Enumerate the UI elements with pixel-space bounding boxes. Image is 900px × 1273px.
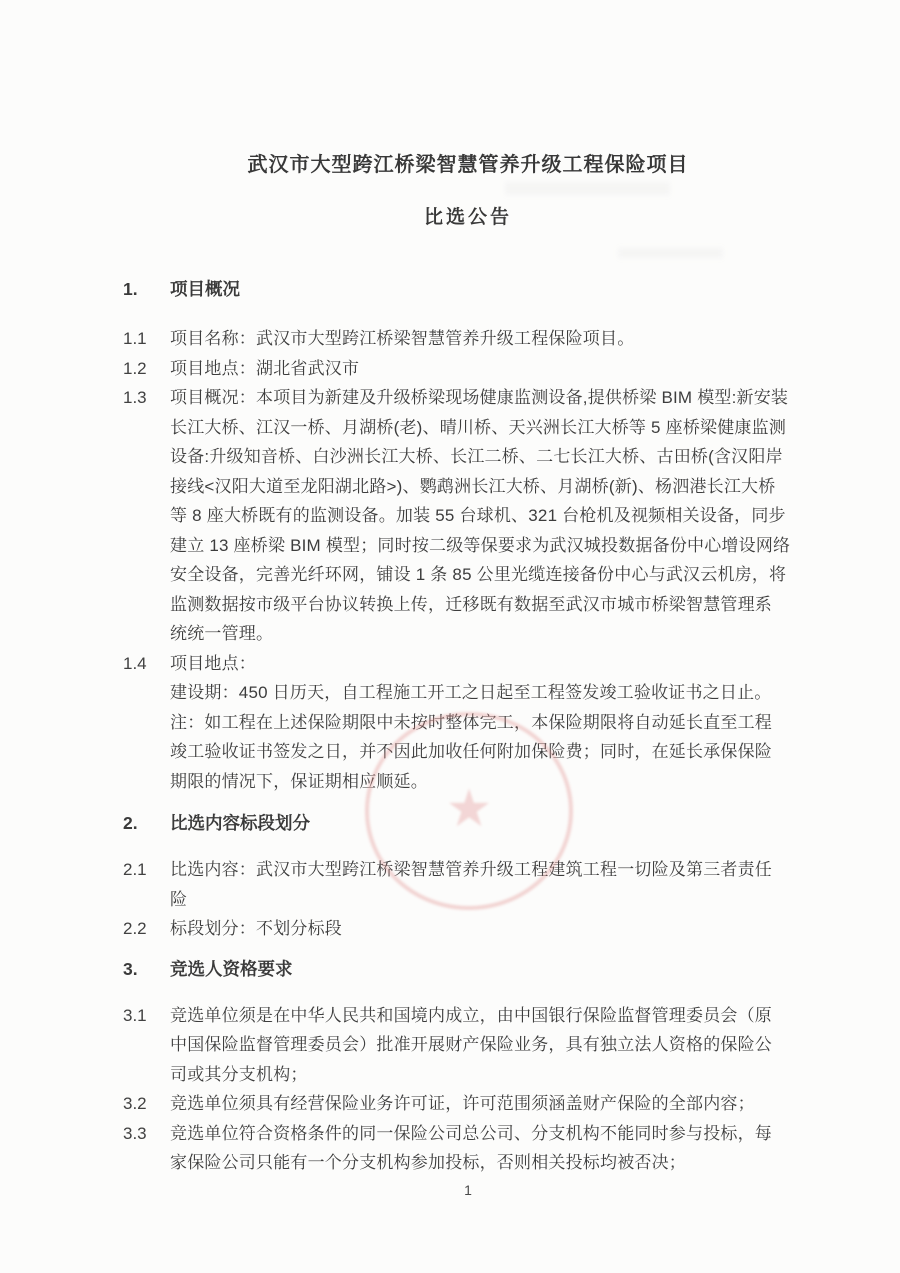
- clause-1-1: 1.1 项目名称：武汉市大型跨江桥梁智慧管养升级工程保险项目。: [123, 324, 813, 354]
- text-line: 项目地点：湖北省武汉市: [170, 354, 813, 384]
- section-number: 3.: [123, 954, 170, 984]
- clause-text: 项目名称：武汉市大型跨江桥梁智慧管养升级工程保险项目。: [170, 324, 813, 354]
- section-items: 2.1 比选内容：武汉市大型跨江桥梁智慧管养升级工程建筑工程一切险及第三者责任 …: [123, 855, 813, 944]
- clause-2-1: 2.1 比选内容：武汉市大型跨江桥梁智慧管养升级工程建筑工程一切险及第三者责任 …: [123, 855, 813, 914]
- text-line: 注：如工程在上述保险期限中未按时整体完工，本保险期限将自动延长直至工程: [170, 708, 813, 738]
- text-line: 期限的情况下，保证期相应顺延。: [170, 767, 813, 797]
- text-line: 险: [170, 885, 813, 915]
- text-line: 竞选单位须具有经营保险业务许可证，许可范围须涵盖财产保险的全部内容；: [170, 1089, 813, 1119]
- text-line: 统统一管理。: [170, 619, 813, 649]
- text-line: 竞选单位符合资格条件的同一保险公司总公司、分支机构不能同时参与投标，每: [170, 1119, 813, 1149]
- clause-number: 1.4: [123, 649, 170, 797]
- section-qualification: 3. 竞选人资格要求 3.1 竞选单位须是在中华人民共和国境内成立，由中国银行保…: [123, 954, 813, 1178]
- text-line: 比选内容：武汉市大型跨江桥梁智慧管养升级工程建筑工程一切险及第三者责任: [170, 855, 813, 885]
- clause-text: 竞选单位须具有经营保险业务许可证，许可范围须涵盖财产保险的全部内容；: [170, 1089, 813, 1119]
- clause-text: 竞选单位符合资格条件的同一保险公司总公司、分支机构不能同时参与投标，每 家保险公…: [170, 1119, 813, 1178]
- section-project-overview: 1. 项目概况 1.1 项目名称：武汉市大型跨江桥梁智慧管养升级工程保险项目。 …: [123, 274, 813, 796]
- document-subtitle: 比选公告: [123, 203, 813, 233]
- section-bid-content: 2. 比选内容标段划分 2.1 比选内容：武汉市大型跨江桥梁智慧管养升级工程建筑…: [123, 808, 813, 944]
- text-line: 司或其分支机构；: [170, 1060, 813, 1090]
- section-heading: 2. 比选内容标段划分: [123, 808, 813, 838]
- section-heading: 3. 竞选人资格要求: [123, 954, 813, 984]
- clause-number: 1.3: [123, 383, 170, 649]
- scanned-document-page: ★ 武汉市大型跨江桥梁智慧管养升级工程保险项目 比选公告 1. 项目概况 1.1…: [0, 0, 900, 1273]
- text-line: 项目概况：本项目为新建及升级桥梁现场健康监测设备,提供桥梁 BIM 模型:新安装: [170, 383, 813, 413]
- section-title: 比选内容标段划分: [170, 808, 310, 838]
- section-number: 1.: [123, 274, 170, 304]
- clause-number: 3.1: [123, 1001, 170, 1090]
- clause-number: 2.2: [123, 914, 170, 944]
- text-line: 等 8 座大桥既有的监测设备。加装 55 台球机、321 台枪机及视频相关设备，…: [170, 501, 813, 531]
- clause-number: 3.3: [123, 1119, 170, 1178]
- clause-number: 1.2: [123, 354, 170, 384]
- clause-text: 标段划分：不划分标段: [170, 914, 813, 944]
- scan-artifact: [618, 248, 723, 258]
- text-line: 标段划分：不划分标段: [170, 914, 813, 944]
- text-line: 监测数据按市级平台协议转换上传，迁移既有数据至武汉市城市桥梁智慧管理系: [170, 590, 813, 620]
- clause-text: 项目地点：湖北省武汉市: [170, 354, 813, 384]
- text-line: 长江大桥、江汉一桥、月湖桥(老)、晴川桥、天兴洲长江大桥等 5 座桥梁健康监测: [170, 413, 813, 443]
- section-title: 项目概况: [170, 274, 240, 304]
- clause-1-2: 1.2 项目地点：湖北省武汉市: [123, 354, 813, 384]
- text-line: 项目地点：: [170, 649, 813, 679]
- text-line: 安全设备，完善光纤环网，铺设 1 条 85 公里光缆连接备份中心与武汉云机房，将: [170, 560, 813, 590]
- text-line: 中国保险监督管理委员会）批准开展财产保险业务，具有独立法人资格的保险公: [170, 1030, 813, 1060]
- document-title: 武汉市大型跨江桥梁智慧管养升级工程保险项目: [123, 150, 813, 180]
- section-title: 竞选人资格要求: [170, 954, 293, 984]
- clause-text: 比选内容：武汉市大型跨江桥梁智慧管养升级工程建筑工程一切险及第三者责任 险: [170, 855, 813, 914]
- section-heading: 1. 项目概况: [123, 274, 813, 304]
- clause-3-1: 3.1 竞选单位须是在中华人民共和国境内成立，由中国银行保险监督管理委员会（原 …: [123, 1001, 813, 1090]
- clause-text: 项目概况：本项目为新建及升级桥梁现场健康监测设备,提供桥梁 BIM 模型:新安装…: [170, 383, 813, 649]
- text-line: 竣工验收证书签发之日，并不因此加收任何附加保险费；同时，在延长承保保险: [170, 737, 813, 767]
- text-line: 竞选单位须是在中华人民共和国境内成立，由中国银行保险监督管理委员会（原: [170, 1001, 813, 1031]
- clause-2-2: 2.2 标段划分：不划分标段: [123, 914, 813, 944]
- clause-3-3: 3.3 竞选单位符合资格条件的同一保险公司总公司、分支机构不能同时参与投标，每 …: [123, 1119, 813, 1178]
- section-number: 2.: [123, 808, 170, 838]
- section-items: 1.1 项目名称：武汉市大型跨江桥梁智慧管养升级工程保险项目。 1.2 项目地点…: [123, 324, 813, 796]
- text-line: 建立 13 座桥梁 BIM 模型；同时按二级等保要求为武汉城投数据备份中心增设网…: [170, 531, 813, 561]
- text-line: 设备:升级知音桥、白沙洲长江大桥、长江二桥、二七长江大桥、古田桥(含汉阳岸: [170, 442, 813, 472]
- clause-1-3: 1.3 项目概况：本项目为新建及升级桥梁现场健康监测设备,提供桥梁 BIM 模型…: [123, 383, 813, 649]
- clause-3-2: 3.2 竞选单位须具有经营保险业务许可证，许可范围须涵盖财产保险的全部内容；: [123, 1089, 813, 1119]
- clause-1-4: 1.4 项目地点： 建设期：450 日历天，自工程施工开工之日起至工程签发竣工验…: [123, 649, 813, 797]
- clause-number: 1.1: [123, 324, 170, 354]
- text-line: 接线<汉阳大道至龙阳湖北路>)、鹦鹉洲长江大桥、月湖桥(新)、杨泗港长江大桥: [170, 472, 813, 502]
- clause-text: 项目地点： 建设期：450 日历天，自工程施工开工之日起至工程签发竣工验收证书之…: [170, 649, 813, 797]
- text-line: 家保险公司只能有一个分支机构参加投标，否则相关投标均被否决；: [170, 1148, 813, 1178]
- section-items: 3.1 竞选单位须是在中华人民共和国境内成立，由中国银行保险监督管理委员会（原 …: [123, 1001, 813, 1178]
- text-line: 项目名称：武汉市大型跨江桥梁智慧管养升级工程保险项目。: [170, 324, 813, 354]
- clause-text: 竞选单位须是在中华人民共和国境内成立，由中国银行保险监督管理委员会（原 中国保险…: [170, 1001, 813, 1090]
- clause-number: 3.2: [123, 1089, 170, 1119]
- scan-artifact: [505, 182, 670, 195]
- clause-number: 2.1: [123, 855, 170, 914]
- text-line: 建设期：450 日历天，自工程施工开工之日起至工程签发竣工验收证书之日止。: [170, 678, 813, 708]
- page-number: 1: [123, 1182, 813, 1198]
